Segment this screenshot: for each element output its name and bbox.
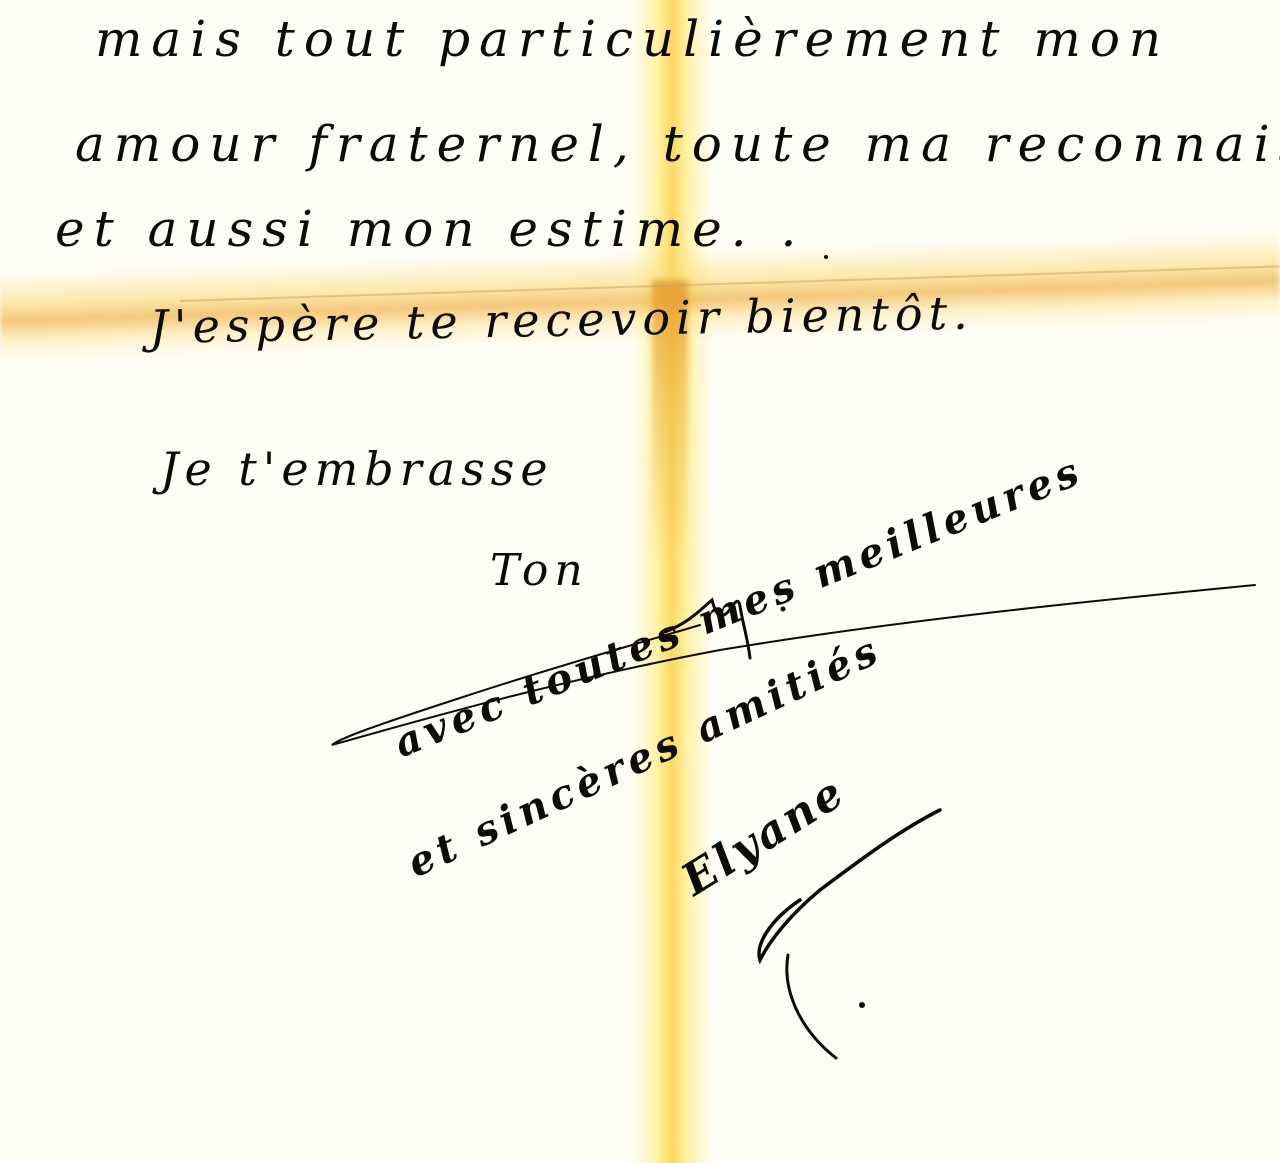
letter-closing: Je t'embrasse <box>160 442 554 496</box>
letter-page: mais tout particulièrement mon amour fra… <box>0 0 1280 1163</box>
letter-closing-ton: Ton <box>490 545 589 596</box>
letter-line-2: amour fraternel, toute ma reconnaissance <box>75 115 1280 173</box>
signature-tail-icon <box>787 955 836 1058</box>
letter-line-1: mais tout particulièrement mon <box>95 10 1170 68</box>
vertical-fold-stain <box>632 0 712 1163</box>
letter-line-3: et aussi mon estime. . <box>55 200 805 258</box>
